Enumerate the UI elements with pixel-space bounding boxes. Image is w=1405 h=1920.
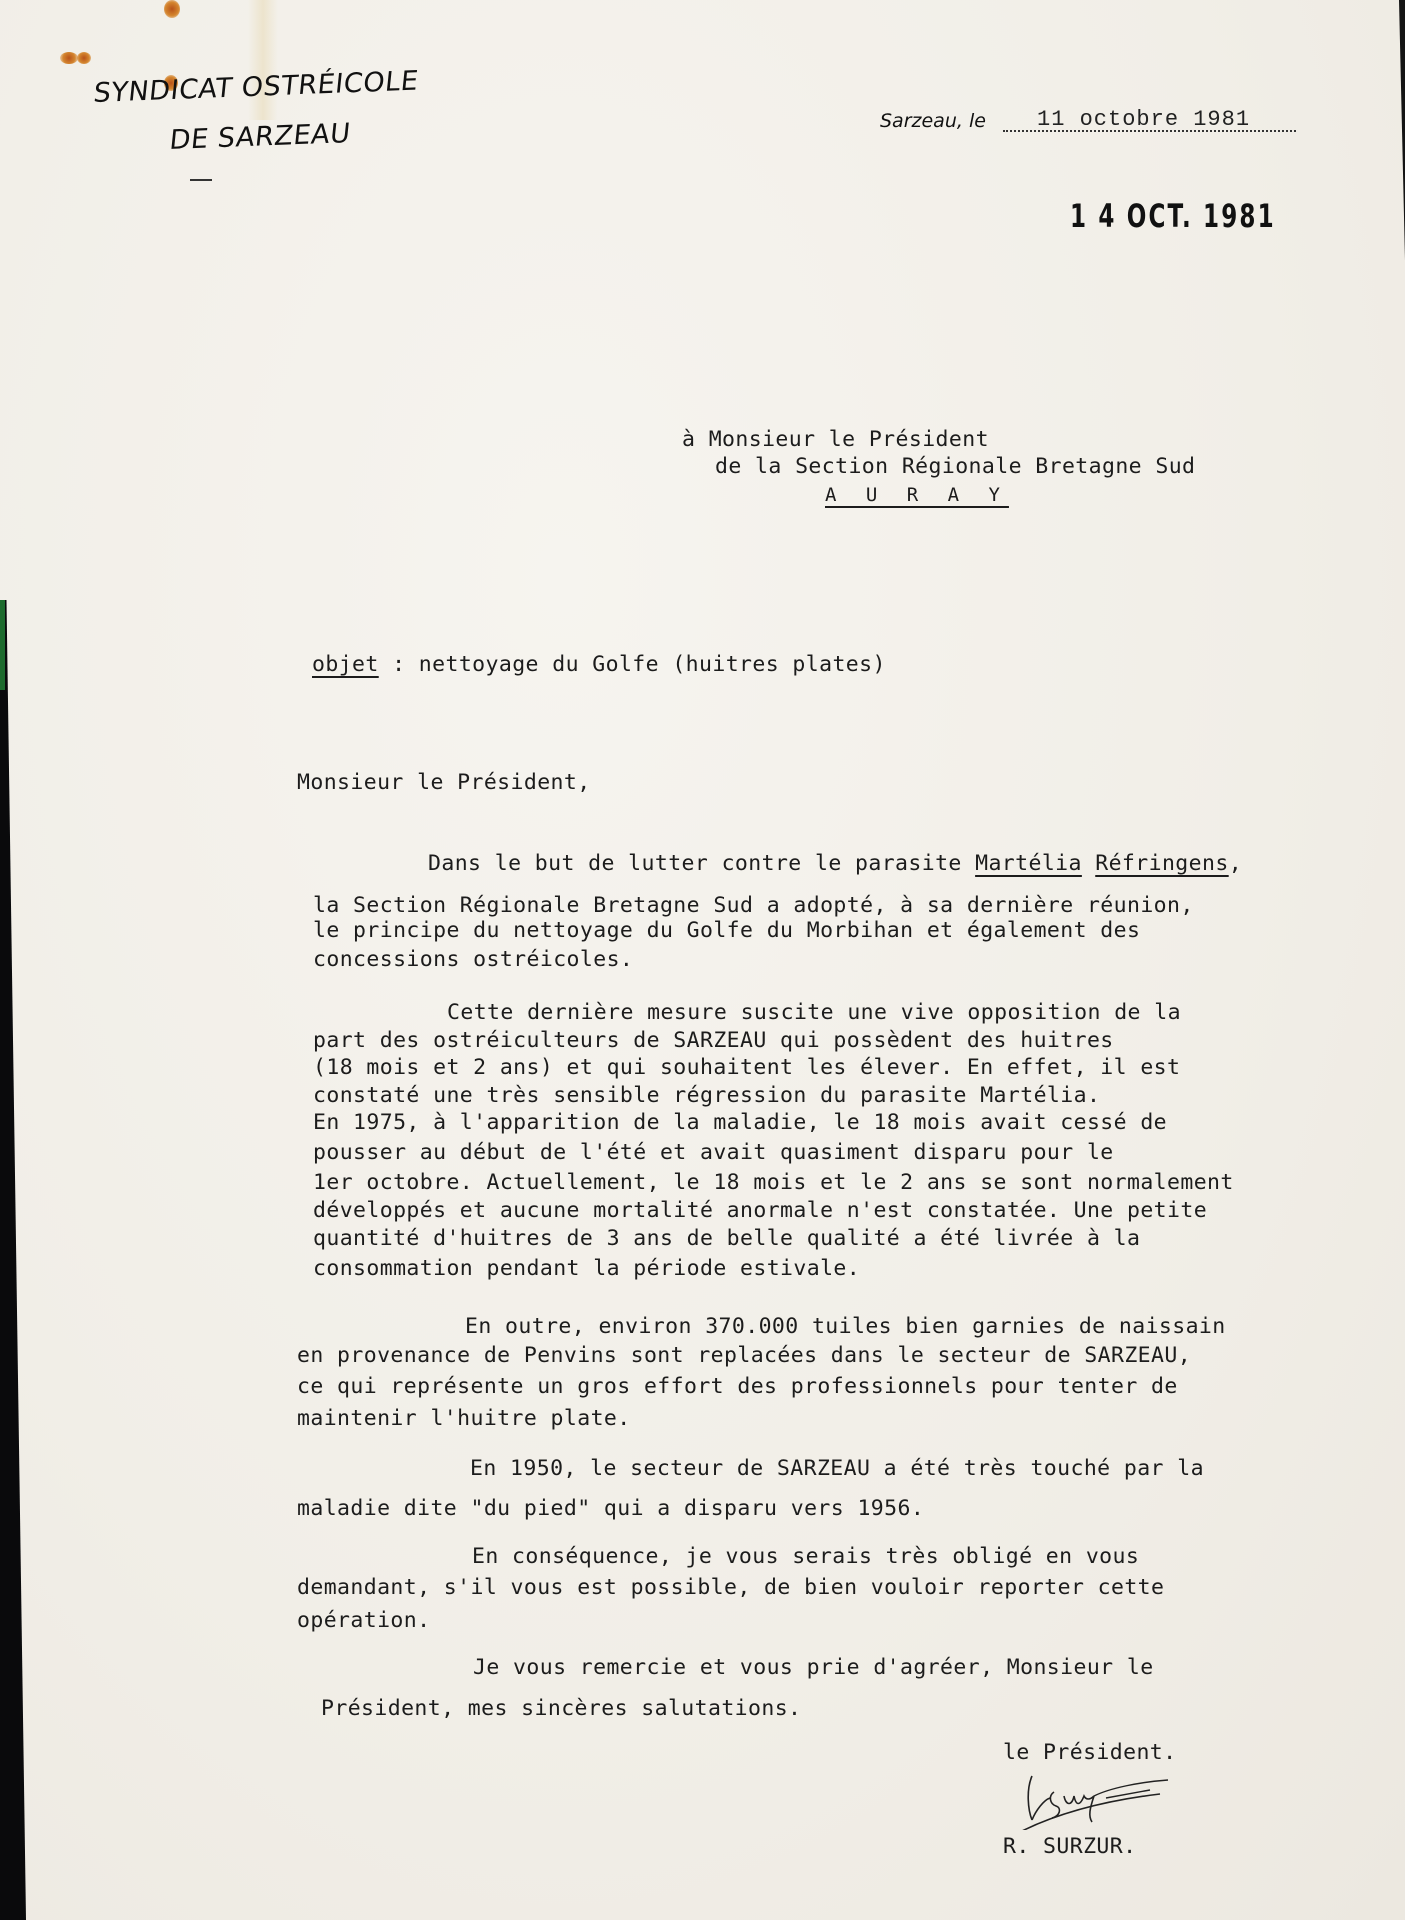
subject-line: objet : nettoyage du Golfe (huitres plat… bbox=[312, 652, 886, 677]
text-line: demandant, s'il vous est possible, de bi… bbox=[297, 1575, 1164, 1600]
text-line: maintenir l'huitre plate. bbox=[297, 1406, 631, 1431]
rust-stain bbox=[164, 0, 180, 18]
letterhead-rule bbox=[190, 179, 212, 181]
subject-text: nettoyage du Golfe (huitres plates) bbox=[419, 652, 886, 677]
text-line: développés et aucune mortalité anormale … bbox=[313, 1198, 1207, 1223]
place-label: Sarzeau, le bbox=[880, 110, 986, 132]
letterhead-org-name: SYNDICAT OSTRÉICOLE bbox=[92, 66, 420, 109]
signatory-name: R. SURZUR. bbox=[1003, 1834, 1136, 1859]
text-line: Président, mes sincères salutations. bbox=[321, 1696, 801, 1721]
text-line: le principe du nettoyage du Golfe du Mor… bbox=[313, 918, 1140, 943]
salutation: Monsieur le Président, bbox=[297, 770, 591, 795]
text-line: part des ostréiculteurs de SARZEAU qui p… bbox=[313, 1028, 1114, 1053]
scan-edge bbox=[1399, 0, 1405, 260]
recipient-city: A U R A Y bbox=[825, 484, 1009, 506]
text-line: En 1975, à l'apparition de la maladie, l… bbox=[313, 1110, 1167, 1135]
signatory-title: le Président. bbox=[1003, 1740, 1176, 1765]
letter-date: 11 octobre 1981 bbox=[1003, 107, 1296, 132]
text-line: concessions ostréicoles. bbox=[313, 947, 633, 972]
recipient-line: à Monsieur le Président bbox=[682, 427, 989, 452]
text-span: , bbox=[1229, 851, 1242, 876]
subject-separator: : bbox=[379, 652, 419, 677]
text-line: quantité d'huitres de 3 ans de belle qua… bbox=[313, 1226, 1140, 1251]
rust-stain bbox=[77, 52, 91, 64]
recipient-line: de la Section Régionale Bretagne Sud bbox=[715, 454, 1195, 479]
text-line: Dans le but de lutter contre le parasite… bbox=[428, 851, 1242, 876]
handwritten-signature-icon bbox=[1010, 1770, 1190, 1830]
scan-edge bbox=[0, 600, 5, 690]
text-line: en provenance de Penvins sont replacées … bbox=[297, 1343, 1191, 1368]
text-line: 1er octobre. Actuellement, le 18 mois et… bbox=[313, 1170, 1234, 1195]
text-line: maladie dite "du pied" qui a disparu ver… bbox=[297, 1496, 924, 1521]
letter-page: SYNDICAT OSTRÉICOLE DE SARZEAU Sarzeau, … bbox=[0, 0, 1405, 1920]
text-line: (18 mois et 2 ans) et qui souhaitent les… bbox=[313, 1055, 1180, 1080]
text-line: opération. bbox=[297, 1608, 430, 1633]
text-line: pousser au début de l'été et avait quasi… bbox=[313, 1140, 1114, 1165]
text-line: la Section Régionale Bretagne Sud a adop… bbox=[313, 893, 1194, 918]
subject-label: objet bbox=[312, 652, 379, 677]
text-line: constaté une très sensible régression du… bbox=[313, 1083, 1100, 1108]
rust-stain bbox=[60, 52, 78, 64]
text-span: Dans le but de lutter contre le parasite bbox=[428, 851, 975, 876]
underlined-term: Réfringens bbox=[1095, 851, 1228, 876]
underlined-term: Martélia bbox=[975, 851, 1082, 876]
text-line: Je vous remercie et vous prie d'agréer, … bbox=[473, 1655, 1154, 1680]
letterhead-location: DE SARZEAU bbox=[168, 118, 352, 156]
text-line: Cette dernière mesure suscite une vive o… bbox=[447, 1000, 1181, 1025]
text-line: En conséquence, je vous serais très obli… bbox=[472, 1544, 1139, 1569]
text-line: ce qui représente un gros effort des pro… bbox=[297, 1374, 1178, 1399]
text-line: En 1950, le secteur de SARZEAU a été trè… bbox=[470, 1456, 1204, 1481]
text-line: consommation pendant la période estivale… bbox=[313, 1256, 860, 1281]
text-line: En outre, environ 370.000 tuiles bien ga… bbox=[465, 1314, 1226, 1339]
scan-edge bbox=[0, 600, 26, 1920]
received-date-stamp: 1 4 OCT. 1981 bbox=[1070, 197, 1276, 235]
